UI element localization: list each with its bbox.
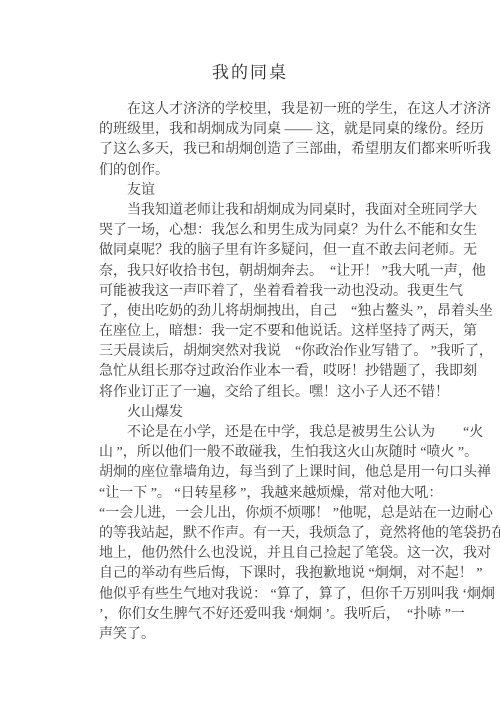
- paragraph-line: 他似乎有些生气地对我说： “算了，算了，但你千万别叫我 ‘炯炯: [99, 585, 455, 605]
- paragraph-line: 可能被我这一声吓着了，坐着看着我一动也没动。我更生气: [99, 282, 455, 302]
- paragraph-line: “让一下 ”。 “日转星移 ”，我越来越烦燥，常对他大吼：: [99, 484, 455, 504]
- paragraph-line: 胡炯的座位靠墙角边，每当到了上课时间，他总是用一句口头禅: [99, 463, 455, 483]
- paragraph-line: 的等我站起，默不作声。有一天，我烦急了，竟然将他的笔袋扔在: [99, 524, 455, 544]
- paragraph-line: ’，你们女生脾气不好还爱叫我 ‘炯炯 ’。我听后， “扑哧 ”一: [99, 605, 455, 625]
- document-title: 我的同桌: [0, 58, 500, 83]
- paragraph-line: “一会儿进，一会儿出，你烦不烦哪！ ”他呢，总是站在一边耐心: [99, 504, 455, 524]
- paragraph-line: 急忙从组长那夺过政治作业本一看，哎呀！抄错题了，我即刻: [99, 362, 455, 382]
- paragraph-line: 在这人才济济的学校里，我是初一班的学生，在这人才济济: [99, 100, 455, 120]
- paragraph-line: 山 ”，所以他们一般不敢碰我，生怕我这火山灰随时 “喷火 ”。: [99, 443, 455, 463]
- paragraph-line: 哭了一场，心想：我怎么和男生成为同桌？为什么不能和女生: [99, 221, 455, 241]
- paragraph-line: 做同桌呢？我的脑子里有许多疑问，但一直不敢去问老师。无: [99, 241, 455, 261]
- paragraph-line: 三天晨读后，胡炯突然对我说 “你政治作业写错了。 ”我听了，: [99, 342, 455, 362]
- document-body: 在这人才济济的学校里，我是初一班的学生，在这人才济济的班级里，我和胡炯成为同桌 …: [99, 100, 455, 645]
- section-heading: 友谊: [99, 181, 455, 201]
- paragraph-line: 的班级里，我和胡炯成为同桌 —— 这，就是同桌的缘份。经历: [99, 120, 455, 140]
- paragraph-line: 将作业订正了一遍，交给了组长。嘿！这小子人还不错！: [99, 383, 455, 403]
- paragraph-line: 声笑了。: [99, 625, 455, 645]
- paragraph-line: 们的创作。: [99, 161, 455, 181]
- paragraph-line: 在座位上，暗想：我一定不要和他说话。这样坚持了两天，第: [99, 322, 455, 342]
- paragraph-line: 地上，他仍然什么也没说，并且自己捡起了笔袋。这一次，我对: [99, 544, 455, 564]
- section-heading: 火山爆发: [99, 403, 455, 423]
- paragraph-line: 奈，我只好收拾书包，朝胡炯奔去。 “让开！ ”我大吼一声，他: [99, 262, 455, 282]
- paragraph-line: 当我知道老师让我和胡炯成为同桌时，我面对全班同学大: [99, 201, 455, 221]
- paragraph-line: 了这么多天，我已和胡炯创造了三部曲，希望朋友们都来听听我: [99, 140, 455, 160]
- document-page: 我的同桌 在这人才济济的学校里，我是初一班的学生，在这人才济济的班级里，我和胡炯…: [0, 0, 500, 708]
- paragraph-line: 自己的举动有些后悔，下课时，我抱歉地说 “炯炯，对不起！ ”: [99, 564, 455, 584]
- paragraph-line: 不论是在小学，还是在中学，我总是被男生公认为 “火: [99, 423, 455, 443]
- paragraph-line: 了，使出吃奶的劲儿将胡炯拽出，自己 “独占鳌头 ”，昂着头坐: [99, 302, 455, 322]
